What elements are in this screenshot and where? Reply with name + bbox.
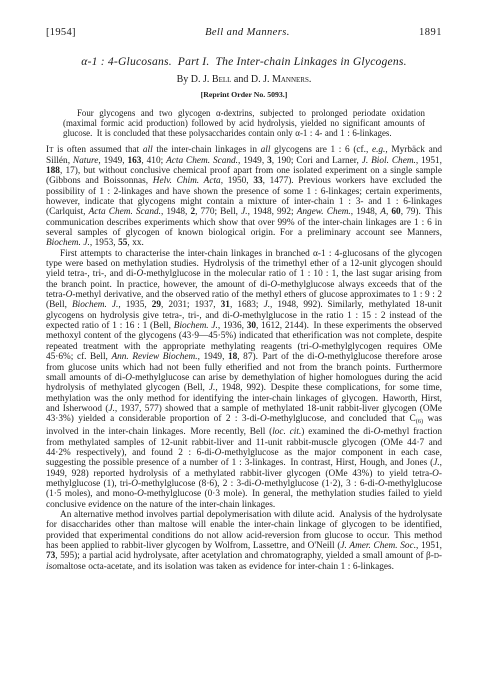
- byline: By D. J. Bell and D. J. Manners.: [46, 74, 442, 86]
- article-title: α-1 : 4-Glucosans. Part I. The Inter-cha…: [46, 55, 442, 68]
- abstract: Four glycogens and two glycogen α-dextri…: [63, 108, 425, 138]
- paragraph-1: It is often assumed that all the inter-c…: [46, 145, 442, 248]
- journal-page: [1954] Bell and Manners. 1891 α-1 : 4-Gl…: [0, 0, 500, 696]
- reprint-order-note: [Reprint Order No. 5093.]: [46, 90, 442, 99]
- running-head-title: Bell and Manners.: [205, 27, 290, 39]
- page-number: 1891: [419, 27, 442, 39]
- paragraph-3: An alternative method involves partial d…: [46, 510, 442, 572]
- paragraph-2: First attempts to characterise the inter…: [46, 249, 442, 510]
- article-body: It is often assumed that all the inter-c…: [46, 145, 442, 572]
- journal-year: [1954]: [46, 27, 76, 39]
- running-header: [1954] Bell and Manners. 1891: [46, 27, 442, 39]
